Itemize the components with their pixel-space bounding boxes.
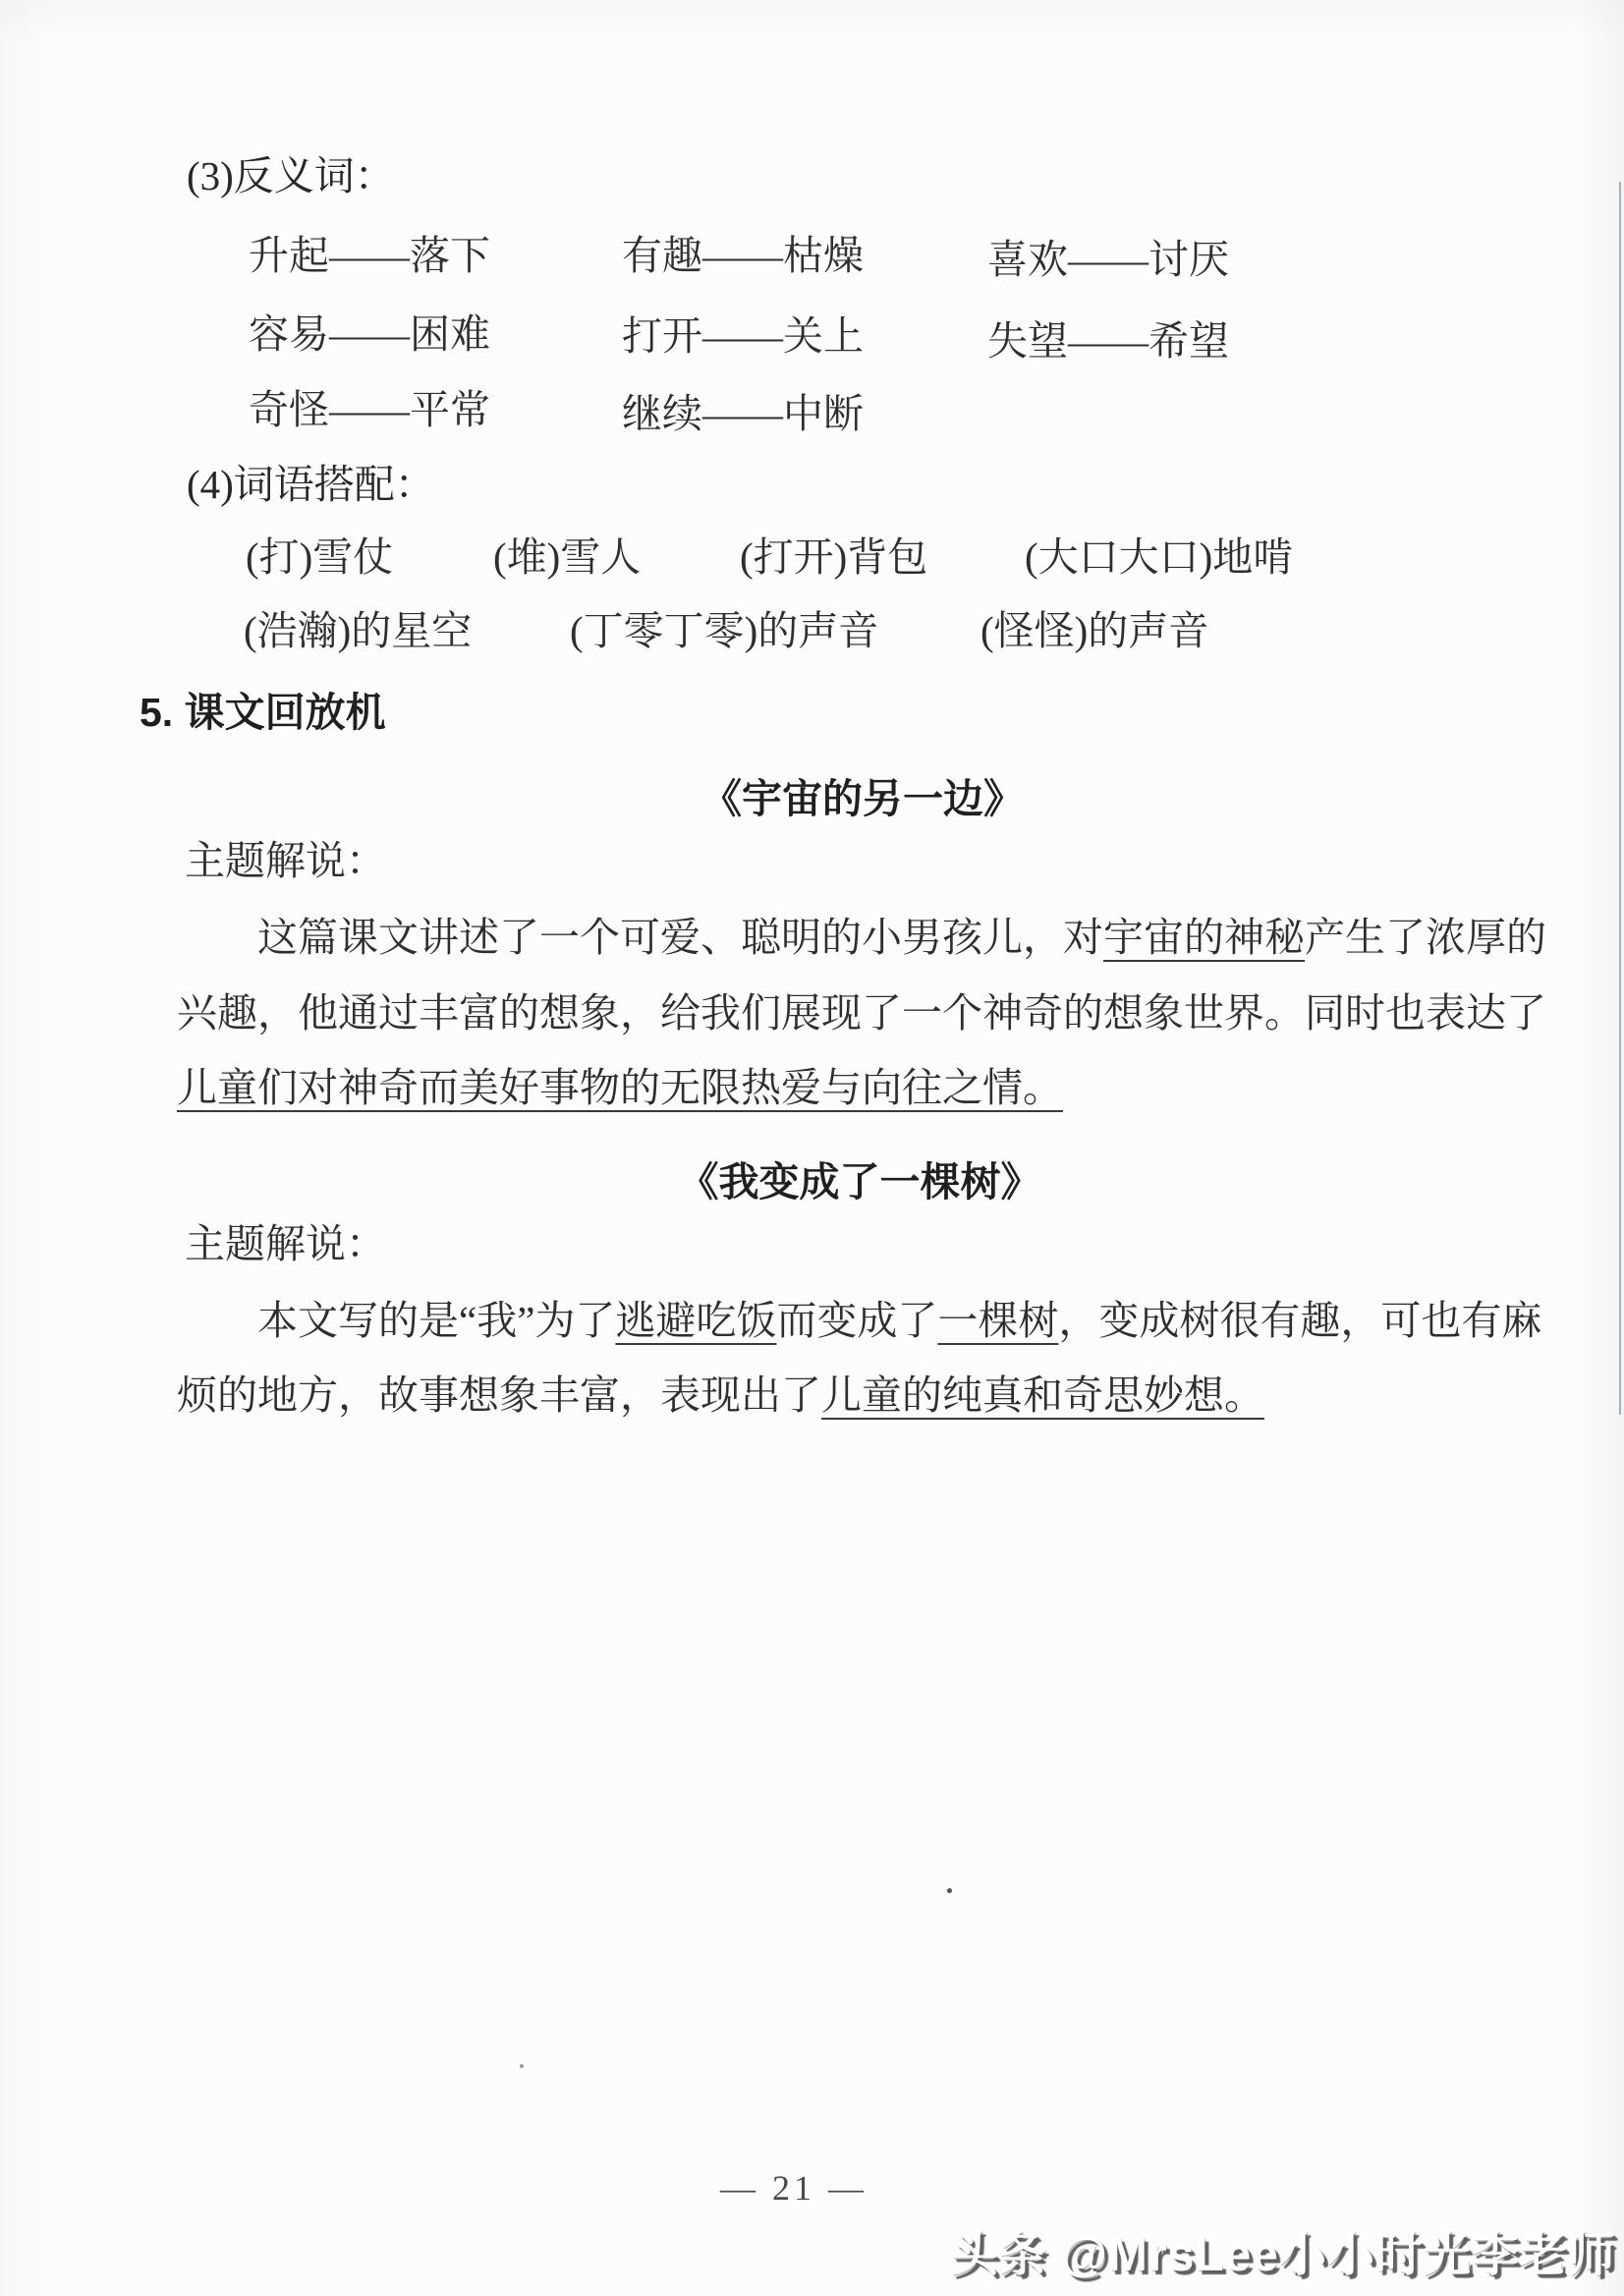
passage-title: 《宇宙的另一边》 xyxy=(701,766,1024,824)
collocation-item: (浩瀚)的星空 xyxy=(244,607,472,655)
text-segment: 产生了浓厚的 xyxy=(1305,915,1546,960)
page-number: — 21 — xyxy=(720,2167,868,2209)
collocation-item: (丁零丁零)的声音 xyxy=(570,607,878,655)
passage-line: 这篇课文讲述了一个可爱、聪明的小男孩儿，对宇宙的神秘产生了浓厚的 xyxy=(257,914,1546,962)
watermark: 头条 @MrsLee小小时光李老师 xyxy=(951,2216,1616,2284)
theme-label: 主题解说： xyxy=(185,837,386,885)
theme-label: 主题解说： xyxy=(185,1220,386,1268)
antonym-pair: 继续——中断 xyxy=(622,390,864,438)
underlined-segment: 儿童们对神奇而美好事物的无限热爱与向往之情。 xyxy=(177,1065,1063,1110)
text-segment: 而变成了 xyxy=(776,1298,937,1343)
underlined-segment: 逃避吃饭 xyxy=(615,1298,776,1343)
collocation-item: (怪怪)的声音 xyxy=(980,607,1208,655)
antonyms-heading: (3)反义词： xyxy=(187,143,395,201)
underlined-segment: 宇宙的神秘 xyxy=(1103,915,1305,960)
antonym-pair: 容易——困难 xyxy=(249,310,490,359)
scan-speck xyxy=(520,2064,524,2068)
antonym-pair: 升起——落下 xyxy=(249,232,490,280)
scan-artifact-line xyxy=(1619,182,1621,1415)
text-segment: ，变成树很有趣，可也有麻 xyxy=(1058,1298,1541,1343)
text-segment: 这篇课文讲述了一个可爱、聪明的小男孩儿，对 xyxy=(257,915,1103,960)
passage-line: 烦的地方，故事想象丰富，表现出了儿童的纯真和奇思妙想。 xyxy=(177,1372,1264,1420)
passage-line: 兴趣，他通过丰富的想象，给我们展现了一个神奇的想象世界。同时也表达了 xyxy=(177,989,1546,1037)
scan-speck xyxy=(947,1888,952,1893)
antonym-pair: 打开——关上 xyxy=(622,312,864,361)
underlined-segment: 一棵树 xyxy=(937,1298,1058,1343)
section5-heading: 5. 课文回放机 xyxy=(140,680,386,738)
passage-title: 《我变成了一棵树》 xyxy=(679,1149,1041,1207)
collocation-item: (打开)背包 xyxy=(740,533,927,582)
collocation-item: (打)雪仗 xyxy=(246,533,393,582)
collocations-heading: (4)词语搭配： xyxy=(187,452,435,510)
antonym-pair: 奇怪——平常 xyxy=(249,386,490,434)
text-segment: 本文写的是“我”为了 xyxy=(257,1298,615,1343)
antonym-pair: 失望——希望 xyxy=(987,317,1229,365)
antonym-pair: 有趣——枯燥 xyxy=(622,232,864,280)
passage-line: 本文写的是“我”为了逃避吃饭而变成了一棵树，变成树很有趣，可也有麻 xyxy=(257,1297,1541,1345)
collocation-item: (堆)雪人 xyxy=(493,533,641,582)
passage-line: 儿童们对神奇而美好事物的无限热爱与向往之情。 xyxy=(177,1064,1063,1112)
underlined-segment: 儿童的纯真和奇思妙想。 xyxy=(821,1372,1264,1418)
collocation-item: (大口大口)地啃 xyxy=(1025,533,1293,582)
antonym-pair: 喜欢——讨厌 xyxy=(987,236,1229,284)
text-segment: 兴趣，他通过丰富的想象，给我们展现了一个神奇的想象世界。同时也表达了 xyxy=(177,990,1546,1036)
scanned-textbook-page: (3)反义词： 升起——落下 有趣——枯燥 喜欢——讨厌 容易——困难 打开——… xyxy=(0,0,1624,2296)
text-segment: 烦的地方，故事想象丰富，表现出了 xyxy=(177,1372,821,1418)
